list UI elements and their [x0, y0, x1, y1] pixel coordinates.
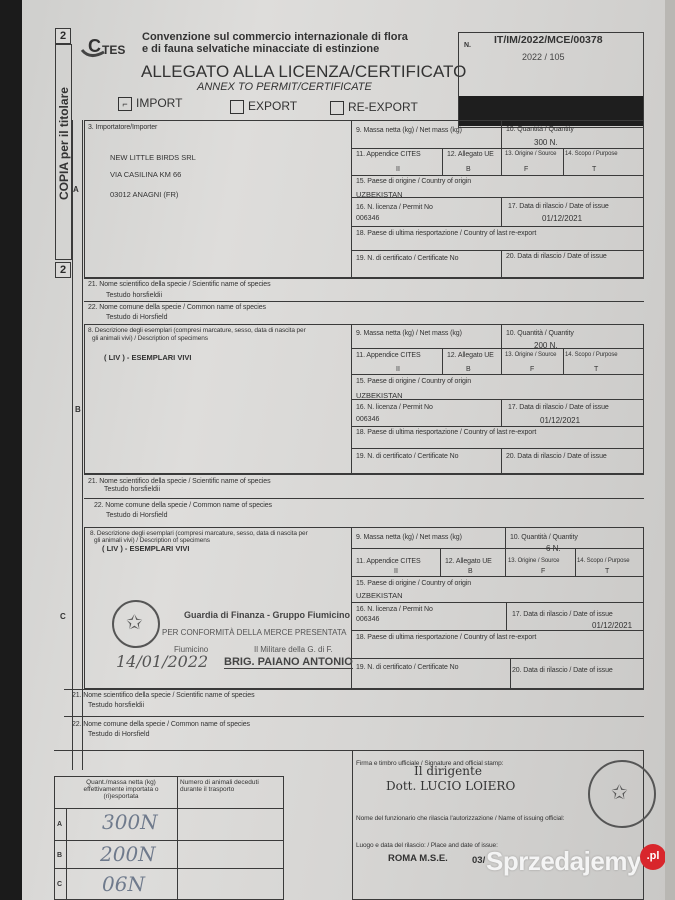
date-issue-label-b: 17. Data di rilascio / Date of issue [508, 404, 609, 411]
description-value-c: ( LIV ) - ESEMPLARI VIVI [102, 544, 190, 553]
permit-no-label-a: 16. N. licenza / Permit No [356, 204, 433, 211]
quantity-value-a: 300 N. [534, 138, 558, 147]
common-name-label-c: 22. Nome comune della specie / Common na… [72, 721, 250, 728]
quantity-label-a: 10. Quantità / Quantity [506, 126, 574, 133]
table-col-qty-header: Quant./massa netta (kg) effettivamente i… [69, 779, 173, 800]
italian-emblem-stamp: ✩ [112, 600, 160, 648]
table-row-c-qty: 06N [102, 872, 145, 896]
permit-no-value-c: 006346 [356, 616, 379, 623]
scientific-name-value-b: Testudo horsfieldii [104, 486, 160, 493]
cites-logo: C TES [80, 30, 128, 60]
country-origin-label-a: 15. Paese di origine / Country of origin [356, 178, 471, 185]
quantity-value-b: 200 N. [534, 341, 558, 350]
permit-sub-number: 2022 / 105 [522, 52, 565, 62]
appendix-label-b: 11. Appendice CITES [356, 352, 421, 359]
scientific-name-label-b: 21. Nome scientifico della specie / Scie… [88, 478, 271, 485]
purpose-label-c: 14. Scopo / Purpose [577, 558, 629, 564]
annex-label-a: 12. Allegato UE [447, 151, 494, 158]
date-issue-label-c: 17. Data di rilascio / Date of issue [512, 611, 613, 618]
official-label: Nome del funzionario che rilascia l'auto… [356, 815, 564, 822]
copy-label: COPIA per il titolare [57, 87, 71, 200]
importer-city: 03012 ANAGNI (FR) [110, 190, 178, 199]
cites-document: 2 COPIA per il titolare 2 A B C C TES Co… [22, 0, 675, 900]
appendix-label-c: 11. Appendice CITES [356, 558, 421, 565]
source-label-a: 13. Origine / Source [505, 151, 556, 157]
appendix-value-a: II [396, 166, 400, 173]
last-reexport-label-b: 18. Paese di ultima riesportazione / Cou… [356, 429, 536, 436]
stamp-line-1: Guardia di Finanza - Gruppo Fiumicino [184, 610, 350, 620]
certificate-no-label-b: 19. N. di certificato / Certificate No [356, 453, 458, 460]
table-row-c-label: C [57, 881, 62, 888]
table-col-deceased-header: Numero di animali deceduti durante il tr… [180, 779, 276, 793]
table-row-b-qty: 200N [100, 842, 156, 866]
appendix-value-c: II [394, 568, 398, 575]
country-origin-value-b: UZBEKISTAN [356, 391, 403, 400]
table-row-a-label: A [57, 821, 62, 828]
description-label-b: 8. Descrizione degli esemplari (compresi… [88, 327, 306, 334]
page-title: ALLEGATO ALLA LICENZA/CERTIFICATO [141, 62, 466, 82]
date-of-issue-partial: 03/ [472, 855, 485, 866]
date-issue-20-label-b: 20. Data di rilascio / Date of issue [506, 453, 607, 460]
source-value-a: F [524, 166, 528, 173]
copy-number-bottom: 2 [55, 262, 71, 278]
date-issue-20-label-c: 20. Data di rilascio / Date of issue [512, 667, 613, 674]
net-mass-label-b: 9. Massa netta (kg) / Net mass (kg) [356, 330, 462, 337]
import-checkbox: ⌐ [118, 97, 132, 111]
net-mass-label-c: 9. Massa netta (kg) / Net mass (kg) [356, 534, 462, 541]
appendix-value-b: II [396, 366, 400, 373]
annex-label-b: 12. Allegato UE [447, 352, 494, 359]
scientific-name-label-c: 21. Nome scientifico della specie / Scie… [72, 692, 255, 699]
reexport-checkbox [330, 101, 344, 115]
quantity-label-c: 10. Quantità / Quantity [510, 534, 578, 541]
permit-no-value-a: 006346 [356, 215, 379, 222]
quantity-label-b: 10. Quantità / Quantity [506, 330, 574, 337]
stamp-handwritten-date: 14/01/2022 [116, 652, 208, 671]
stamp-line-2: PER CONFORMITÀ DELLA MERCE PRESENTATA [162, 628, 346, 637]
source-value-c: F [541, 568, 545, 575]
source-value-b: F [530, 366, 534, 373]
permit-number: IT/IM/2022/MCE/00378 [494, 34, 603, 46]
country-origin-value-c: UZBEKISTAN [356, 591, 403, 600]
country-origin-label-b: 15. Paese di origine / Country of origin [356, 378, 471, 385]
purpose-label-a: 14. Scopo / Purpose [565, 151, 617, 157]
svg-text:C: C [88, 36, 101, 56]
import-option: ⌐IMPORT [118, 96, 182, 111]
annex-value-a: B [466, 166, 471, 173]
common-name-value-c: Testudo di Horsfield [88, 731, 149, 738]
section-a-marker: A [73, 185, 79, 194]
annex-label-c: 12. Allegato UE [445, 558, 492, 565]
stamp-officer: BRIG. PAIANO ANTONIO [224, 656, 353, 669]
number-label: N. [464, 42, 471, 49]
signature-role: Il dirigente [414, 764, 482, 778]
date-issue-value-c: 01/12/2021 [592, 621, 632, 630]
reexport-option: RE-EXPORT [330, 100, 418, 115]
description-label-c: 8. Descrizione degli esemplari (compresi… [90, 530, 308, 537]
quantity-value-c: 6 N. [546, 544, 561, 553]
place-label: Luogo e data del rilascio: / Place and d… [356, 842, 498, 849]
section-b-marker: B [75, 405, 81, 414]
scientific-name-value-c: Testudo horsfieldii [88, 702, 144, 709]
certificate-no-label-c: 19. N. di certificato / Certificate No [356, 664, 458, 671]
scientific-name-label-a: 21. Nome scientifico della specie / Scie… [88, 281, 271, 288]
convention-line-2: e di fauna selvatiche minacciate di esti… [142, 43, 379, 55]
export-checkbox [230, 100, 244, 114]
watermark-badge: .pl [640, 844, 666, 870]
description-label-b-2: gli animali vivi) / Description of speci… [92, 335, 208, 342]
purpose-value-c: T [605, 568, 609, 575]
net-mass-label-a: 9. Massa netta (kg) / Net mass (kg) [356, 127, 462, 134]
stamp-line-3-right: Il Militare della G. di F. [254, 645, 333, 654]
page-subtitle: ANNEX TO PERMIT/CERTIFICATE [197, 81, 372, 93]
last-reexport-label-a: 18. Paese di ultima riesportazione / Cou… [356, 230, 536, 237]
certificate-no-label-a: 19. N. di certificato / Certificate No [356, 255, 458, 262]
table-row-b-label: B [57, 852, 62, 859]
source-label-b: 13. Origine / Source [505, 352, 556, 358]
annex-value-b: B [466, 366, 471, 373]
description-label-c-2: gli animali vivi) / Description of speci… [94, 537, 210, 544]
permit-no-value-b: 006346 [356, 416, 379, 423]
watermark-text: Sprzedajemy [486, 846, 641, 877]
importer-name: NEW LITTLE BIRDS SRL [110, 153, 196, 162]
purpose-value-b: T [594, 366, 598, 373]
last-reexport-label-c: 18. Paese di ultima riesportazione / Cou… [356, 634, 536, 641]
official-round-stamp: ✩ [588, 760, 656, 828]
permit-no-label-c: 16. N. licenza / Permit No [356, 606, 433, 613]
convention-line-1: Convenzione sul commercio internazionale… [142, 31, 408, 43]
svg-text:TES: TES [102, 43, 125, 57]
country-origin-value-a: UZBEKISTAN [356, 190, 403, 199]
export-option: EXPORT [230, 99, 297, 114]
purpose-label-b: 14. Scopo / Purpose [565, 352, 617, 358]
copy-number-top: 2 [55, 28, 71, 44]
date-issue-value-b: 01/12/2021 [540, 416, 580, 425]
permit-no-label-b: 16. N. licenza / Permit No [356, 404, 433, 411]
source-label-c: 13. Origine / Source [508, 558, 559, 564]
date-issue-value-a: 01/12/2021 [542, 214, 582, 223]
country-origin-label-c: 15. Paese di origine / Country of origin [356, 580, 471, 587]
place-of-issue: ROMA M.S.E. [388, 853, 448, 864]
common-name-value-b: Testudo di Horsfield [106, 512, 167, 519]
appendix-label-a: 11. Appendice CITES [356, 151, 421, 158]
importer-label: 3. Importatore/Importer [88, 124, 157, 131]
common-name-label-b: 22. Nome comune della specie / Common na… [94, 502, 272, 509]
signature-name: Dott. LUCIO LOIERO [386, 779, 515, 793]
importer-address: VIA CASILINA KM 66 [110, 170, 181, 179]
scientific-name-value-a: Testudo horsfieldii [106, 292, 162, 299]
description-value-b: ( LIV ) - ESEMPLARI VIVI [104, 353, 192, 362]
common-name-value-a: Testudo di Horsfield [106, 314, 167, 321]
date-issue-20-label-a: 20. Data di rilascio / Date of issue [506, 253, 607, 260]
purpose-value-a: T [592, 166, 596, 173]
section-c-marker: C [60, 612, 66, 621]
date-issue-label-a: 17. Data di rilascio / Date of issue [508, 203, 609, 210]
table-row-a-qty: 300N [102, 810, 158, 834]
annex-value-c: B [468, 568, 473, 575]
common-name-label-a: 22. Nome comune della specie / Common na… [88, 304, 266, 311]
